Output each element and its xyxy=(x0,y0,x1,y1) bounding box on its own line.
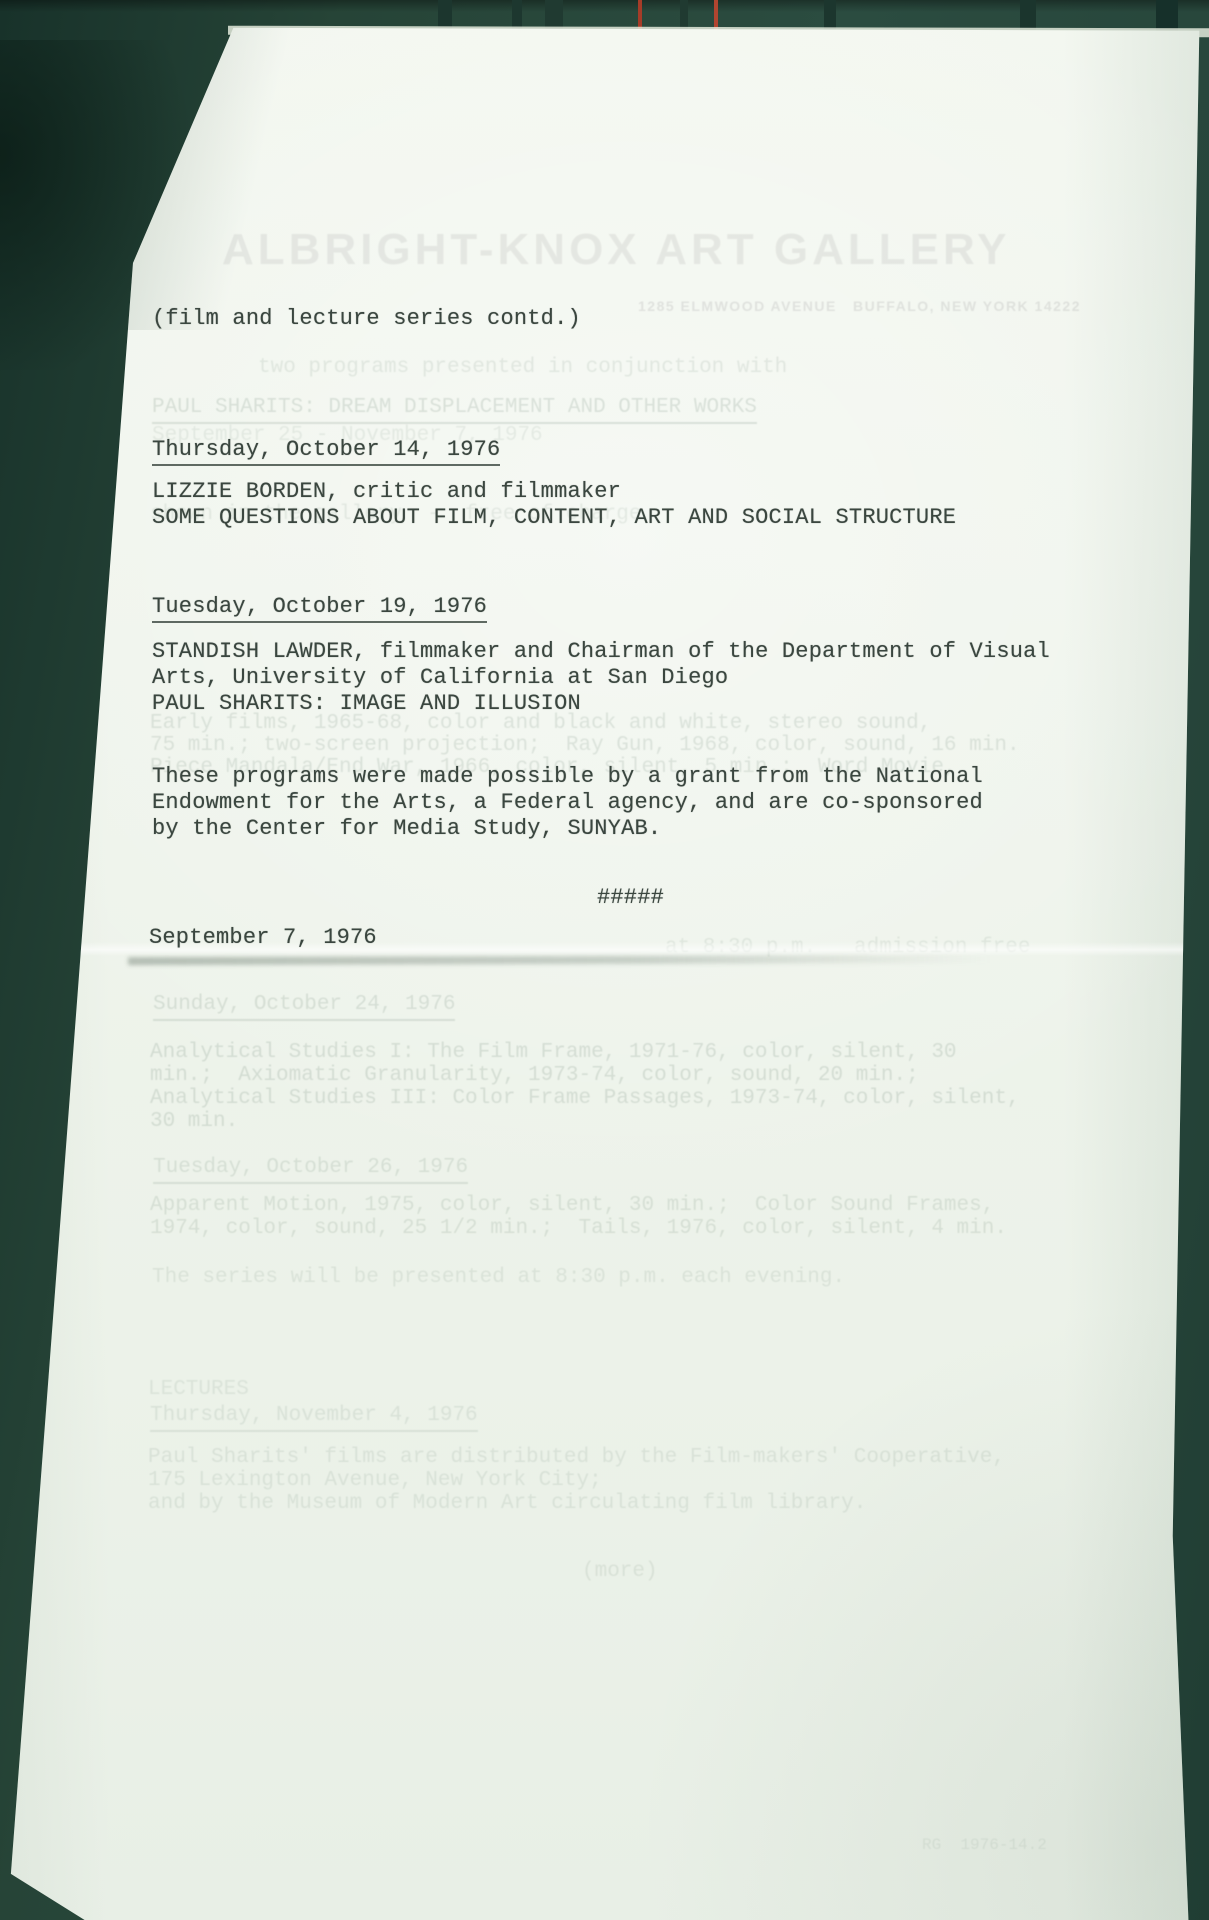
ghost-text-line: Analytical Studies I: The Film Frame, 19… xyxy=(150,1041,957,1065)
fold-crease-shadow xyxy=(128,955,1038,965)
ghost-text-line: (more) xyxy=(582,1560,658,1584)
ghost-text-line: Apparent Motion, 1975, color, silent, 30… xyxy=(150,1194,994,1218)
ghost-text-line: LECTURES xyxy=(148,1378,249,1402)
ghost-text-line: Thursday, November 4, 1976 xyxy=(150,1404,478,1432)
event-2-line-3: PAUL SHARITS: IMAGE AND ILLUSION xyxy=(152,691,581,717)
event-date-heading-2: Tuesday, October 19, 1976 xyxy=(152,594,487,620)
ghost-text-line: Paul Sharits' films are distributed by t… xyxy=(148,1446,1005,1470)
ghost-text-line: 75 min.; two-screen projection; Ray Gun,… xyxy=(150,734,1020,758)
scanned-document-view: ALBRIGHT-KNOX ART GALLERY1285 ELMWOOD AV… xyxy=(0,0,1209,1920)
date-underline-1: Thursday, October 14, 1976 xyxy=(152,437,500,466)
ghost-text-line: 1285 ELMWOOD AVENUE BUFFALO, NEW YORK 14… xyxy=(638,294,1081,318)
contd-line: (film and lecture series contd.) xyxy=(152,306,581,332)
event-1-line-2: SOME QUESTIONS ABOUT FILM, CONTENT, ART … xyxy=(152,505,956,531)
end-marks: ##### xyxy=(597,885,664,911)
ghost-text-line: and by the Museum of Modern Art circulat… xyxy=(148,1492,866,1516)
ghost-text-line: 30 min. xyxy=(150,1110,238,1134)
ghost-text-line: Tuesday, October 26, 1976 xyxy=(153,1156,468,1184)
ghost-text-line: min.; Axiomatic Granularity, 1973-74, co… xyxy=(150,1064,919,1088)
release-dateline: September 7, 1976 xyxy=(149,925,377,951)
ghost-text-line: Analytical Studies III: Color Frame Pass… xyxy=(150,1087,1020,1111)
ghost-text-line: two programs presented in conjunction wi… xyxy=(258,356,787,380)
event-2-line-2: Arts, University of California at San Di… xyxy=(152,665,728,691)
ghost-text-line: 1974, color, sound, 25 1/2 min.; Tails, … xyxy=(150,1217,1007,1241)
event-1-line-1: LIZZIE BORDEN, critic and filmmaker xyxy=(152,479,621,505)
ghost-text-line: The series will be presented at 8:30 p.m… xyxy=(152,1266,845,1290)
event-2-line-1: STANDISH LAWDER, filmmaker and Chairman … xyxy=(152,639,1050,665)
event-date-heading-1: Thursday, October 14, 1976 xyxy=(152,437,500,463)
document-page: ALBRIGHT-KNOX ART GALLERY1285 ELMWOOD AV… xyxy=(0,0,1209,1920)
ghost-text-line: 175 Lexington Avenue, New York City; xyxy=(148,1469,602,1493)
ghost-text-line: Sunday, October 24, 1976 xyxy=(153,993,455,1021)
credit-line-2: Endowment for the Arts, a Federal agency… xyxy=(152,790,983,816)
date-underline-2: Tuesday, October 19, 1976 xyxy=(152,594,487,623)
ghost-text-line: ALBRIGHT-KNOX ART GALLERY xyxy=(222,238,1011,262)
credit-line-3: by the Center for Media Study, SUNYAB. xyxy=(152,816,661,842)
ghost-text-line: PAUL SHARITS: DREAM DISPLACEMENT AND OTH… xyxy=(152,396,757,424)
credit-line-1: These programs were made possible by a g… xyxy=(152,764,983,790)
ghost-text-line: RG 1976-14.2 xyxy=(922,1833,1047,1857)
